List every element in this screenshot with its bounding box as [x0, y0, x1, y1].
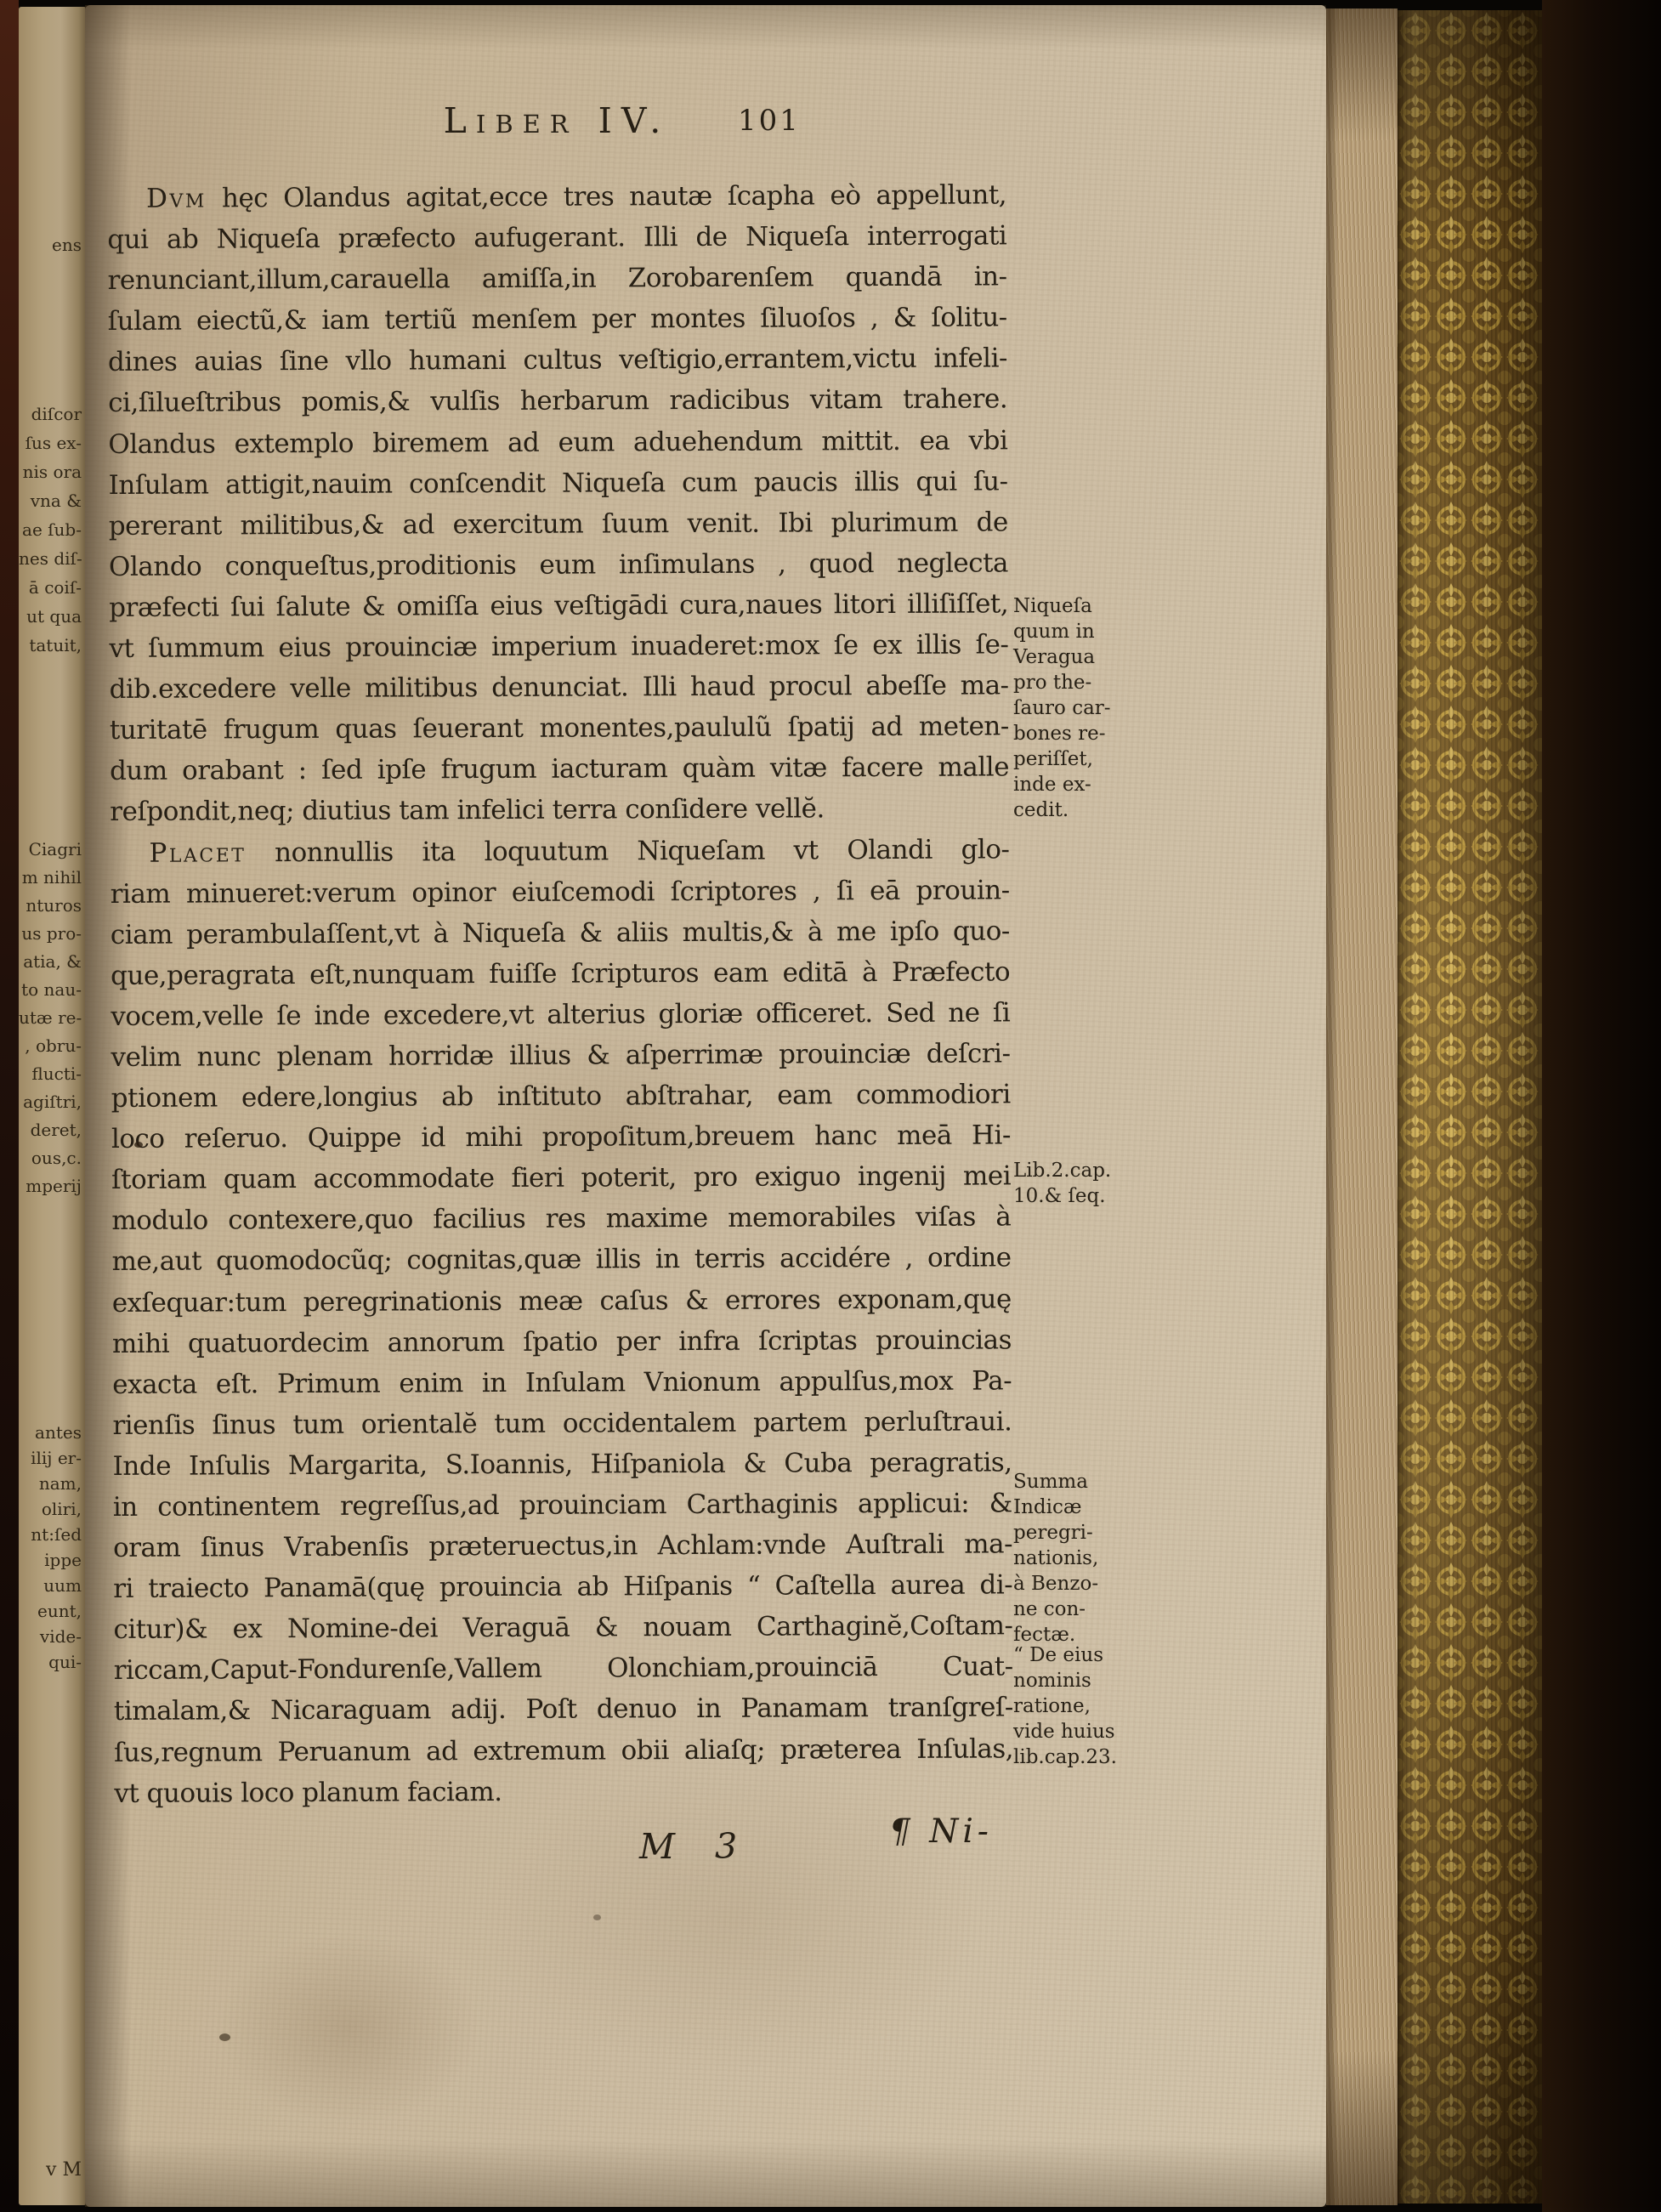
paragraph-1: Dvm hęc Olandus agitat,ecce tres nautæ ſ… [107, 174, 1009, 832]
book-title-heading: Liber IV. [107, 100, 1006, 141]
body-line: renunciant,illum,carauella amiſſa,in Zor… [107, 257, 1006, 302]
left-edge-fragment: antes [19, 1420, 82, 1445]
body-line: ſulam eiectũ,& iam tertiũ menſem per mon… [108, 298, 1007, 343]
left-edge-fragment-column: antesilij er-nam,oliri,nt:ſedippeuumeunt… [19, 1420, 85, 1675]
left-edge-fragment: oliri, [19, 1496, 82, 1522]
body-line: exacta eſt. Primum enim in Inſulam Vnion… [112, 1360, 1012, 1405]
body-line: citur)& ex Nomine-dei Veraguā & nouam Ca… [113, 1606, 1012, 1651]
margin-note-line: peregri- [1013, 1520, 1158, 1546]
left-edge-fragment: ae ſub- [19, 515, 82, 544]
paper-speck [593, 1914, 601, 1920]
body-line: oram ſinus Vrabenſis præteruectus,in Ach… [113, 1523, 1012, 1568]
margin-note-line: vide huius [1013, 1719, 1158, 1744]
left-edge-fragment: nturos [19, 892, 82, 920]
left-edge-fragment: qui- [19, 1649, 82, 1675]
margin-note-line: Summa [1013, 1469, 1158, 1495]
left-edge-fragment: nis ora [19, 457, 82, 486]
left-edge-fragment: nam, [19, 1471, 82, 1496]
margin-note-line: Lib.2.cap. [1013, 1158, 1158, 1183]
left-edge-fragment: ilij er- [19, 1445, 82, 1471]
gilt-decorated-edge [1397, 10, 1542, 2203]
body-line: exſequar:tum peregrinationis meæ caſus &… [112, 1279, 1012, 1324]
body-line: modulo contexere,quo facilius res maxime… [111, 1197, 1011, 1242]
page-number: 101 [738, 104, 801, 138]
margin-note-line: Veragua [1013, 644, 1158, 670]
left-edge-fragment: ſus ex- [19, 428, 82, 457]
body-line: rienſis ſinus tum orientalĕ tum occident… [112, 1401, 1012, 1446]
body-line: mihi quatuordecim annorum ſpatio per inf… [112, 1319, 1012, 1364]
gathering-signature: M 3 [639, 1826, 737, 1867]
body-line-text: hęc Olandus agitat,ecce tres nautæ ſcaph… [207, 179, 1006, 213]
running-head: Liber IV. 101 [107, 100, 1006, 151]
book-cover-edge [1542, 0, 1661, 2212]
left-edge-fragment: atia, & [19, 948, 82, 976]
body-line: in continentem regreſſus,ad prouinciam C… [113, 1483, 1012, 1528]
margin-note-line: inde ex- [1013, 772, 1158, 797]
body-line: Placet nonnullis ita loquutum Niqueſam v… [110, 829, 1009, 874]
left-edge-fragment: flucti- [19, 1060, 82, 1088]
text-block: Dvm hęc Olandus agitat,ecce tres nautæ ſ… [107, 174, 1013, 1813]
body-line: timalam,& Nicaraguam adij. Poſt denuo in… [114, 1687, 1013, 1733]
margin-note: Niqueſaquum inVeraguapro the-ſauro car-b… [1013, 593, 1158, 823]
left-edge-fragment: ut qua [19, 602, 82, 631]
body-line: pererant militibus,& ad exercitum ſuum v… [109, 502, 1008, 547]
left-edge-fragment: ens [19, 235, 85, 255]
paragraph-lines: qui ab Niqueſa præfecto aufugerant. Illi… [107, 215, 1009, 832]
margin-note-line: 10.& ſeq. [1013, 1183, 1158, 1209]
body-line: ptionem edere,longius ab inſtituto abſtr… [111, 1074, 1011, 1119]
margin-note-line: Indicæ [1013, 1495, 1158, 1520]
body-line: ciam perambulaſſent,vt à Niqueſa & aliis… [111, 910, 1010, 956]
paper-speck [219, 2033, 230, 2041]
body-line-text: nonnullis ita loquutum Niqueſam vt Oland… [246, 834, 1009, 868]
margin-note: Lib.2.cap.10.& ſeq. [1013, 1158, 1158, 1209]
left-edge-fragment: , obru- [19, 1032, 82, 1060]
body-line: Inſulam attigit,nauim conſcendit Niqueſa… [108, 461, 1007, 506]
body-line: vt ſummum eius prouinciæ imperium inuade… [109, 624, 1008, 669]
left-edge-fragment: eunt, [19, 1598, 82, 1624]
left-edge-fragment: vide- [19, 1624, 82, 1649]
left-edge-fragment: ā coiſ- [19, 573, 82, 602]
left-edge-fragment: Ciagri [19, 836, 82, 864]
left-edge-fragment: vna & [19, 486, 82, 515]
body-line: que,peragrata eſt,nunquam fuiſſe ſcriptu… [111, 951, 1010, 996]
body-line: velim nunc plenam horridæ illius & aſper… [111, 1033, 1010, 1078]
body-line: dum orabant : ſed ipſe frugum iacturam q… [110, 747, 1009, 792]
paragraph-2: Placet nonnullis ita loquutum Niqueſam v… [110, 829, 1013, 1814]
left-edge-fragment: m nihil [19, 864, 82, 892]
margin-note-line: periſſet, [1013, 746, 1158, 772]
body-line: reſpondit,neq; diutius tam infelici terr… [110, 788, 1009, 833]
margin-note-line: “ De eius [1013, 1642, 1158, 1668]
margin-note: SummaIndicæperegri-nationis,à Benzo-ne c… [1013, 1469, 1158, 1648]
left-edge-fragment: mperij [19, 1172, 82, 1200]
body-line: ſus,regnum Peruanum ad extremum obii ali… [114, 1728, 1013, 1773]
body-line: dib.excedere velle militibus denunciat. … [110, 666, 1009, 711]
body-line: riccam,Caput-Fondurenſe,Vallem Olonchiam… [114, 1647, 1013, 1692]
margin-note-line: ne con- [1013, 1597, 1158, 1622]
body-line: qui ab Niqueſa præfecto aufugerant. Illi… [107, 215, 1006, 260]
margin-note-line: bones re- [1013, 721, 1158, 746]
left-edge-fragment: to nau- [19, 976, 82, 1004]
facing-page-sliver: ens diſcorſus ex-nis oravna &ae ſub-nes … [19, 7, 87, 2205]
left-edge-fragment-column: diſcorſus ex-nis oravna &ae ſub-nes diſ-… [19, 400, 85, 660]
margin-note-line: nationis, [1013, 1546, 1158, 1571]
left-edge-fragment: agiſtri, [19, 1088, 82, 1116]
left-edge-fragment: utæ re- [19, 1004, 82, 1032]
margin-note-line: ſauro car- [1013, 695, 1158, 721]
page-block-fore-edge [1326, 9, 1397, 2205]
body-line: præfecti ſui ſalute & omiſſa eius veſtig… [109, 583, 1008, 628]
body-line: vt quouis loco planum faciam. [114, 1769, 1013, 1814]
body-line: riam minueret:verum opinor eiuſcemodi ſc… [111, 870, 1010, 915]
left-edge-fragment: nt:ſed [19, 1522, 82, 1547]
left-edge-fragment: us pro- [19, 920, 82, 948]
body-line: me,aut quomodocũq; cognitas,quæ illis in… [111, 1238, 1011, 1283]
margin-note-line: Niqueſa [1013, 593, 1158, 619]
left-edge-fragment-column: Ciagrim nihilnturosus pro-atia, &to nau-… [19, 836, 85, 1200]
margin-note-line: nominis [1013, 1668, 1158, 1693]
left-edge-fragment: ippe [19, 1547, 82, 1573]
margin-note-line: à Benzo- [1013, 1571, 1158, 1597]
paper-speck [134, 1142, 143, 1148]
margin-note-line: quum in [1013, 619, 1158, 644]
left-edge-fragment: ous,c. [19, 1144, 82, 1172]
left-edge-fragment: uum [19, 1573, 82, 1598]
left-edge-fragment: nes diſ- [19, 544, 82, 573]
catchword: ¶ Ni- [889, 1812, 993, 1851]
body-line: ci,ſilueſtribus pomis,& vulſis herbarum … [108, 379, 1007, 424]
body-line: ri traiecto Panamā(quę prouincia ab Hiſp… [113, 1565, 1012, 1610]
left-edge-fragment: deret, [19, 1116, 82, 1144]
book-spine-edge [0, 0, 19, 2212]
margin-note-line: cedit. [1013, 797, 1158, 823]
body-line: Olando conqueſtus,proditionis eum inſimu… [109, 542, 1008, 587]
body-line: turitatē frugum quas ſeuerant monentes,p… [110, 706, 1009, 752]
left-edge-fragment: v M [19, 2159, 85, 2181]
opening-word: Dvm [146, 183, 207, 213]
margin-note-line: lib.cap.23. [1013, 1744, 1158, 1770]
margin-note: “ De eiusnominisratione,vide huiuslib.ca… [1013, 1642, 1158, 1770]
body-line: Olandus extemplo biremem ad eum aduehend… [108, 420, 1007, 465]
body-line: ſtoriam quam accommodate fieri poterit, … [111, 1156, 1011, 1201]
book-page: Liber IV. 101 Dvm hęc Olandus agitat,ecc… [85, 5, 1326, 2207]
body-line: Dvm hęc Olandus agitat,ecce tres nautæ ſ… [107, 174, 1006, 219]
margin-note-line: pro the- [1013, 670, 1158, 695]
body-line: dines auias ſine vllo humani cultus veſt… [108, 338, 1007, 383]
body-line: Inde Inſulis Margarita, S.Ioannis, Hiſpa… [113, 1442, 1012, 1487]
left-edge-fragment: diſcor [19, 400, 82, 428]
margin-note-line: ratione, [1013, 1693, 1158, 1719]
left-edge-fragment: tatuit, [19, 631, 82, 660]
paragraph-lines: riam minueret:verum opinor eiuſcemodi ſc… [111, 870, 1014, 1814]
body-line: loco reſeruo. Quippe id mihi propoſitum,… [111, 1115, 1011, 1160]
photograph-of-open-book: ens diſcorſus ex-nis oravna &ae ſub-nes … [0, 0, 1661, 2212]
body-line: vocem,velle ſe inde excedere,vt alterius… [111, 992, 1010, 1037]
opening-word: Placet [149, 837, 246, 868]
